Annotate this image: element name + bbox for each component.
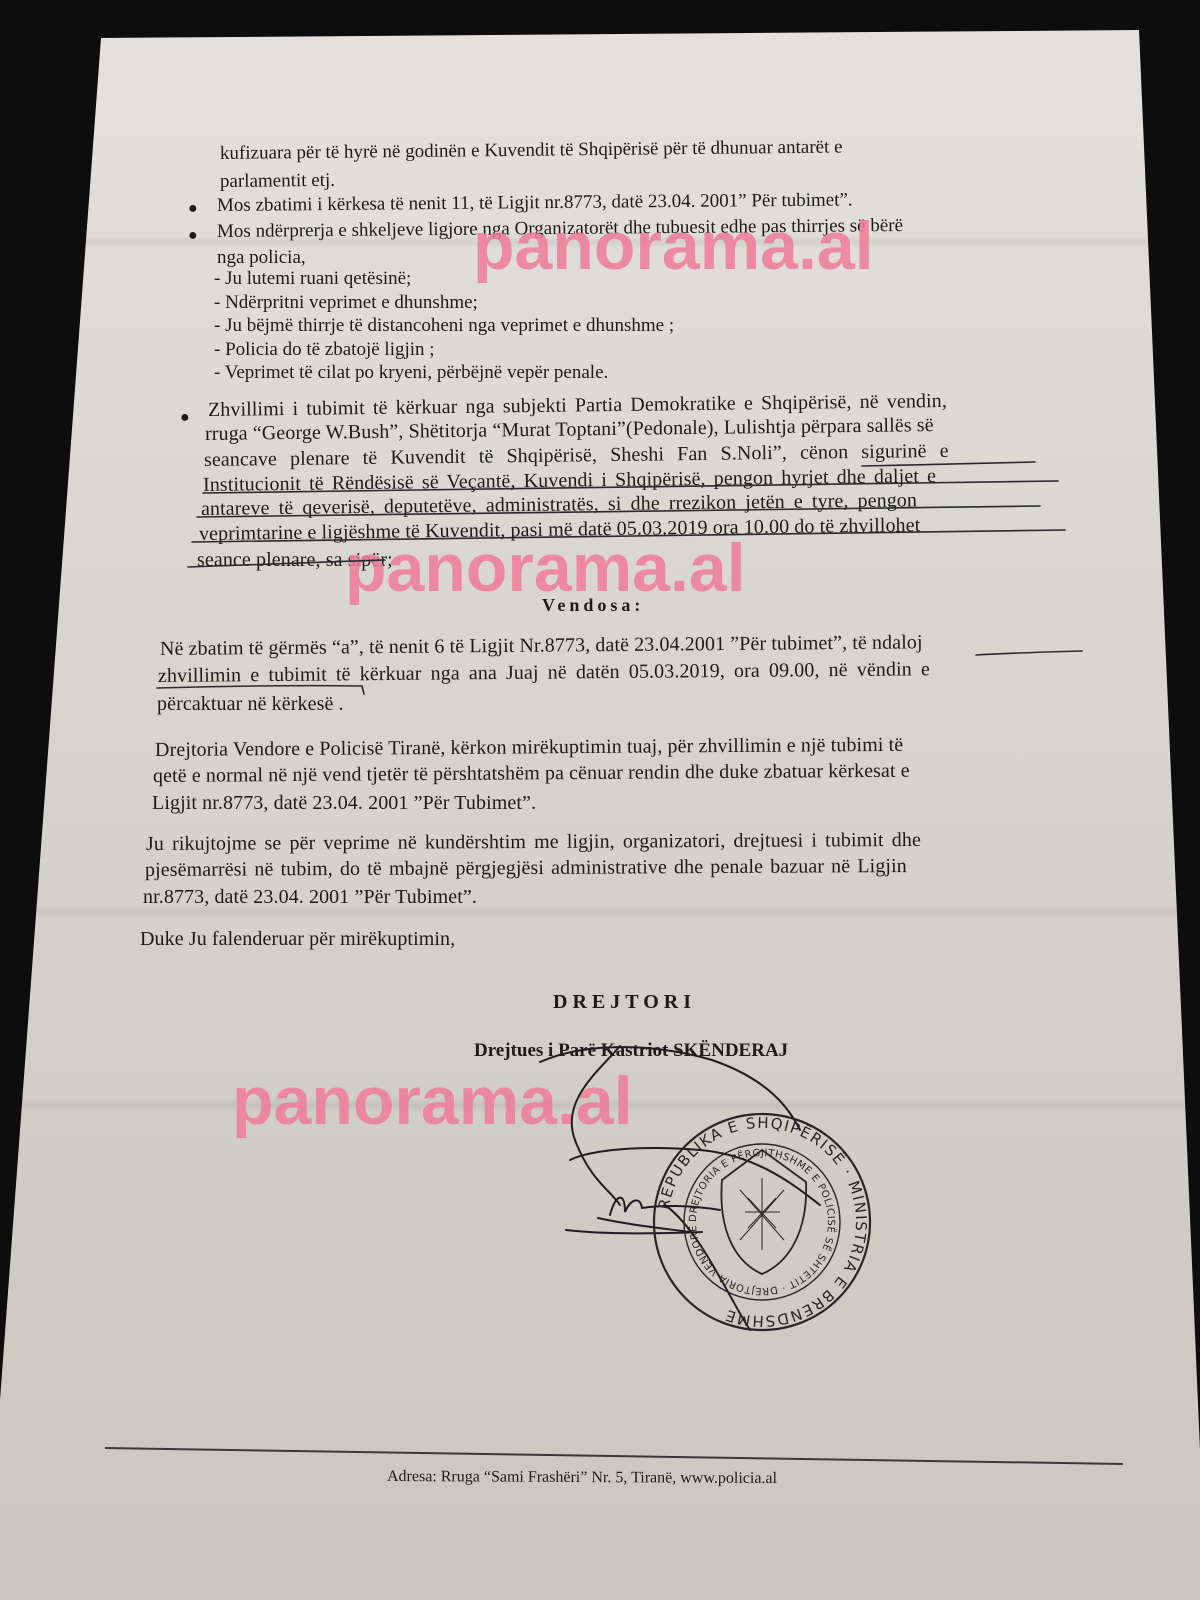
underline-mark (157, 686, 364, 694)
underline-mark (976, 651, 1082, 655)
footer-address: Adresa: Rruga “Sami Frashëri” Nr. 5, Tir… (387, 1465, 777, 1491)
underline-mark (192, 530, 1065, 542)
eagle-icon (740, 1178, 784, 1250)
underline-mark (862, 462, 1035, 466)
stamp-inner-text: DREJTORIA E PËRGJITHSHME E POLICISË SË S… (0, 0, 838, 1296)
document: kufizuara për të hyrë në godinën e Kuven… (0, 0, 1200, 1600)
underline-mark (188, 560, 385, 567)
ink-annotations: REPUBLIKA E SHQIPËRISË · MINISTRIA E BRE… (0, 0, 1200, 1600)
underline-mark (197, 506, 1040, 517)
underline-mark (203, 481, 1058, 493)
